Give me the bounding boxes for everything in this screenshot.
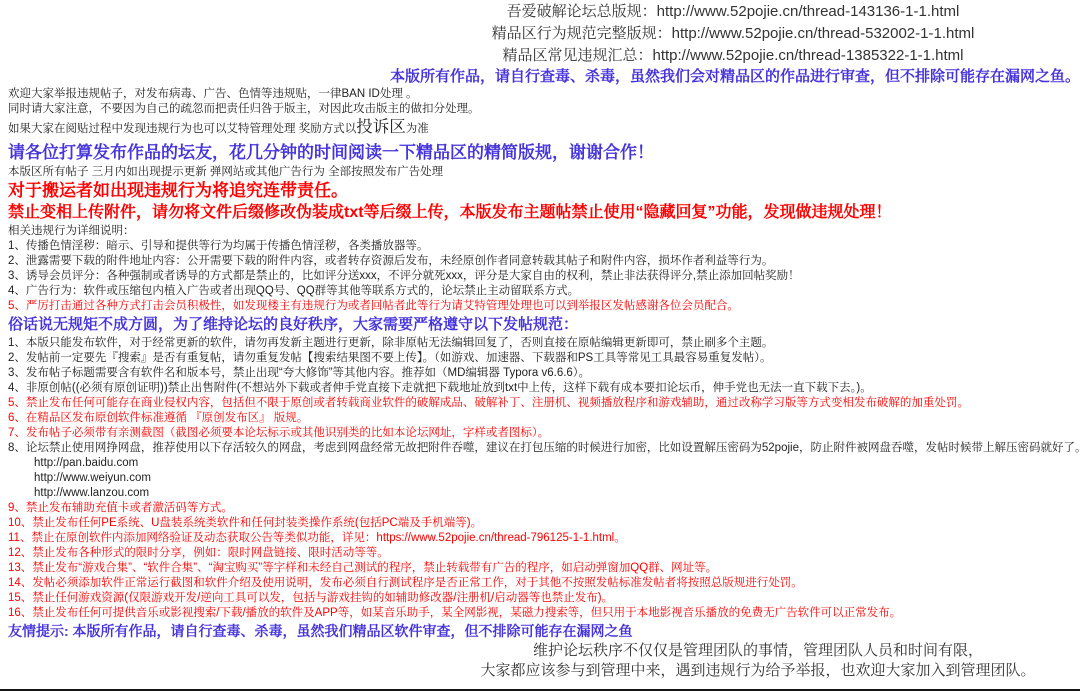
posting-rule-15: 15、禁止任何游戏资源(仅限游戏开发/逆向工具可以发，包括与游戏挂钩的如辅助修改… bbox=[0, 591, 1080, 606]
intro-report-line: 欢迎大家举报违规帖子，对发布病毒、广告、色情等违规贴，一律BAN ID处理 。 bbox=[0, 87, 1080, 102]
forum-rules-page: { "colors": { "red": "#ff0000", "purple"… bbox=[0, 0, 1080, 691]
posting-rule-9: 9、禁止发布辅助充值卡或者激活码等方式。 bbox=[0, 501, 1080, 516]
disguised-upload-banner: 禁止变相上传附件，请勿将文件后缀修改伪装成txt等后缀上传，本版发布主题帖禁止使… bbox=[0, 202, 1080, 224]
netdisk-link-weiyun[interactable]: http://www.weiyun.com bbox=[0, 471, 1080, 486]
posting-rule-3: 3、发布帖子标题需要含有软件名和版本号，禁止出现“夸大修饰”等其他内容。推荐如（… bbox=[0, 366, 1080, 381]
violation-item-3: 3、诱导会员评分：各种强制或者诱导的方式都是禁止的，比如评分送xxx，不评分就死… bbox=[0, 269, 1080, 284]
posting-rule-16: 16、禁止发布任何可提供音乐或影视搜索/下载/播放的软件及APP等，如某音乐助手… bbox=[0, 606, 1080, 621]
footer-line-1: 维护论坛秩序不仅仅是管理团队的事情，管理团队人员和时间有限， bbox=[440, 641, 1076, 661]
posting-rule-5: 5、禁止发布任何可能存在商业侵权内容，包括但不限于原创或者转载商业软件的破解成品… bbox=[0, 396, 1080, 411]
violation-item-4: 4、广告行为：软件或压缩包内植入广告或者出现QQ号、QQ群等其他等联系方式的，论… bbox=[0, 284, 1080, 299]
reposter-liability-banner: 对于搬运者如出现违规行为将追究连带责任。 bbox=[0, 180, 1080, 202]
posting-rules-header: 俗话说无规矩不成方圆，为了维持论坛的良好秩序，大家需要严格遵守以下发帖规范： bbox=[0, 314, 1080, 336]
header-link-conduct-rules[interactable]: 精品区行为规范完整版规：http://www.52pojie.cn/thread… bbox=[390, 23, 1076, 45]
posting-rule-7: 7、发布帖子必须带有亲测截图（截图必须要本论坛标示或其他识别类的比如本论坛网址，… bbox=[0, 426, 1080, 441]
posting-rule-1: 1、本版只能发布软件，对于经常更新的软件，请勿再发新主题进行更新，除非原帖无法编… bbox=[0, 336, 1080, 351]
posting-rule-8: 8、论坛禁止使用网挣网盘，推荐使用以下存活较久的网盘，考虑到网盘经常无故把附件吞… bbox=[0, 441, 1080, 456]
header-link-violation-list[interactable]: 精品区常见违规汇总：http://www.52pojie.cn/thread-1… bbox=[390, 45, 1076, 67]
intro-complaint-line: 如果大家在阅贴过程中发现违规行为也可以艾特管理处理 奖励方式以投诉区为准 bbox=[0, 117, 1080, 140]
intro-complaint-line-segment: 如果大家在阅贴过程中发现违规行为也可以艾特管理处理 奖励方式以 bbox=[8, 123, 356, 135]
posting-rule-11[interactable]: 11、禁止在原创软件内添加网络验证及动态获取公告等类似功能，详见：https:/… bbox=[0, 531, 1080, 546]
footer-line-2: 大家都应该参与到管理中来，遇到违规行为给予举报，也欢迎大家加入到管理团队。 bbox=[440, 661, 1076, 681]
netdisk-link-lanzou[interactable]: http://www.lanzou.com bbox=[0, 486, 1080, 501]
header-link-main-rules[interactable]: 吾爱破解论坛总版规：http://www.52pojie.cn/thread-1… bbox=[390, 1, 1076, 23]
read-rules-banner: 请各位打算发布作品的坛友，花几分钟的时间阅读一下精品区的精简版规，谢谢合作！ bbox=[0, 140, 1080, 165]
update-ad-line: 本版区所有帖子 三月内如出现提示更新 弹网站或其他广告行为 全部按照发布广告处理 bbox=[0, 165, 1080, 180]
friendly-reminder: 友情提示: 本版所有作品，请自行查毒、杀毒，虽然我们精品区软件审查，但不排除可能… bbox=[0, 621, 1080, 641]
posting-rule-14: 14、发帖必须添加软件正常运行截图和软件介绍及使用说明，发布必须自行测试程序是否… bbox=[0, 576, 1080, 591]
header-antivirus-notice: 本版所有作品，请自行查毒、杀毒，虽然我们会对精品区的作品进行审查，但不排除可能存… bbox=[390, 67, 1076, 87]
posting-rule-13: 13、禁止发布“游戏合集”、“软件合集”、“淘宝购买”等字样和未经自己测试的程序… bbox=[0, 561, 1080, 576]
posting-rule-4: 4、非原创帖((必须有原创证明))禁止出售附件(不想站外下载或者伸手党直接下走就… bbox=[0, 381, 1080, 396]
intro-complaint-line-segment: 投诉区 bbox=[356, 118, 406, 136]
violation-item-1: 1、传播色情淫秽：暗示、引导和提供等行为均属于传播色情淫秽，各类播放器等。 bbox=[0, 239, 1080, 254]
intro-caution-line: 同时请大家注意，不要因为自己的疏忽而把责任归咎于版主，对因此攻击版主的做扣分处理… bbox=[0, 102, 1080, 117]
posting-rule-2: 2、发帖前一定要先『搜索』是否有重复帖，请勿重复发帖【搜索结果图不要上传】。（如… bbox=[0, 351, 1080, 366]
posting-rule-6: 6、在精品区发布原创软件标准遵循 『原创发布区』 版规。 bbox=[0, 411, 1080, 426]
intro-complaint-line-segment: 为准 bbox=[406, 123, 429, 135]
post-body: 吾爱破解论坛总版规：http://www.52pojie.cn/thread-1… bbox=[0, 0, 1080, 681]
posting-rule-12: 12、禁止发布各种形式的限时分享，例如：限时网盘链接、限时活动等等。 bbox=[0, 546, 1080, 561]
violation-item-5: 5、严厉打击通过各种方式打击会员积极性，如发现楼主有违规行为或者回帖者此等行为请… bbox=[0, 299, 1080, 314]
violation-details-header: 相关违规行为详细说明： bbox=[0, 224, 1080, 239]
posting-rule-10: 10、禁止发布任何PE系统、U盘装系统类软件和任何封装类操作系统(包括PC端及手… bbox=[0, 516, 1080, 531]
netdisk-link-baidu[interactable]: http://pan.baidu.com bbox=[0, 456, 1080, 471]
violation-item-2: 2、泄露需要下载的附件地址内容：公开需要下载的附件内容，或者转存资源后发布，未经… bbox=[0, 254, 1080, 269]
